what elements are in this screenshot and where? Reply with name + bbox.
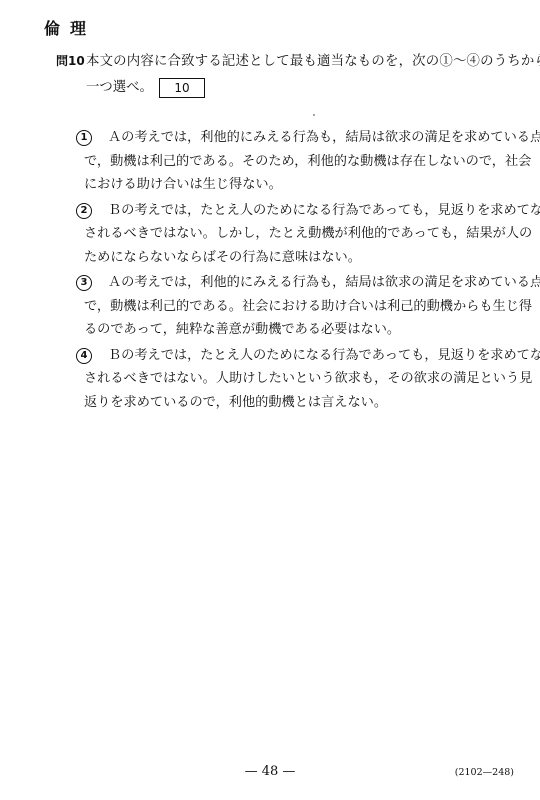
answer-box: 10 <box>159 78 205 98</box>
subject-title: 倫理 <box>44 16 96 39</box>
choice-line: るのであって，純粋な善意が動機である必要はない。 <box>80 318 522 342</box>
question-text: 本文の内容に合致する記述として最も適当なものを，次の①～④のうちから <box>86 50 540 73</box>
choice-4: 4Ｂの考えでは，たとえ人のためになる行為であっても，見返りを求めてな されるべき… <box>80 344 522 415</box>
choice-text: Ａの考えでは，利他的にみえる行為も，結局は欲求の満足を求めている点 <box>108 275 540 290</box>
choice-line: ためにならないならばその行為に意味はない。 <box>80 246 522 270</box>
choice-line: 2Ｂの考えでは，たとえ人のためになる行為であっても，見返りを求めてな <box>80 199 522 223</box>
question-number: 問10 <box>56 50 86 73</box>
choice-3: 3Ａの考えでは，利他的にみえる行為も，結局は欲求の満足を求めている点 で，動機は… <box>80 271 522 342</box>
choice-line: 4Ｂの考えでは，たとえ人のためになる行為であっても，見返りを求めてな <box>80 344 522 368</box>
question-line-2: 一つ選べ。 10 <box>56 76 526 99</box>
choice-line: で，動機は利己的である。社会における助け合いは利己的動機からも生じ得 <box>80 295 522 319</box>
choice-line: されるべきではない。人助けしたいという欲求も，その欲求の満足という見 <box>80 367 522 391</box>
choice-1: 1Ａの考えでは，利他的にみえる行為も，結局は欲求の満足を求めている点 で，動機は… <box>80 126 522 197</box>
question-text-continued: 一つ選べ。 <box>86 76 153 99</box>
document-code: (2102—248) <box>455 767 514 778</box>
circled-number-4-icon: 4 <box>76 348 92 364</box>
choice-line: 返りを求めているので，利他的動機とは言えない。 <box>80 391 522 415</box>
choice-line: 1Ａの考えでは，利他的にみえる行為も，結局は欲求の満足を求めている点 <box>80 126 522 150</box>
choice-line: で，動機は利己的である。そのため，利他的な動機は存在しないので，社会 <box>80 150 522 174</box>
choice-line: における助け合いは生じ得ない。 <box>80 173 522 197</box>
choice-text: Ｂの考えでは，たとえ人のためになる行為であっても，見返りを求めてな <box>108 203 540 218</box>
circled-number-1-icon: 1 <box>76 130 92 146</box>
choice-list: 1Ａの考えでは，利他的にみえる行為も，結局は欲求の満足を求めている点 で，動機は… <box>80 126 522 416</box>
circled-number-2-icon: 2 <box>76 203 92 219</box>
question-line-1: 問10 本文の内容に合致する記述として最も適当なものを，次の①～④のうちから <box>56 50 526 73</box>
choice-2: 2Ｂの考えでは，たとえ人のためになる行為であっても，見返りを求めてな されるべき… <box>80 199 522 270</box>
choice-text: Ｂの考えでは，たとえ人のためになる行為であっても，見返りを求めてな <box>108 348 540 363</box>
scan-speck <box>313 114 315 116</box>
question-block: 問10 本文の内容に合致する記述として最も適当なものを，次の①～④のうちから 一… <box>56 50 526 99</box>
circled-number-3-icon: 3 <box>76 275 92 291</box>
choice-line: されるべきではない。しかし，たとえ動機が利他的であっても，結果が人の <box>80 222 522 246</box>
choice-text: Ａの考えでは，利他的にみえる行為も，結局は欲求の満足を求めている点 <box>108 130 540 145</box>
choice-line: 3Ａの考えでは，利他的にみえる行為も，結局は欲求の満足を求めている点 <box>80 271 522 295</box>
